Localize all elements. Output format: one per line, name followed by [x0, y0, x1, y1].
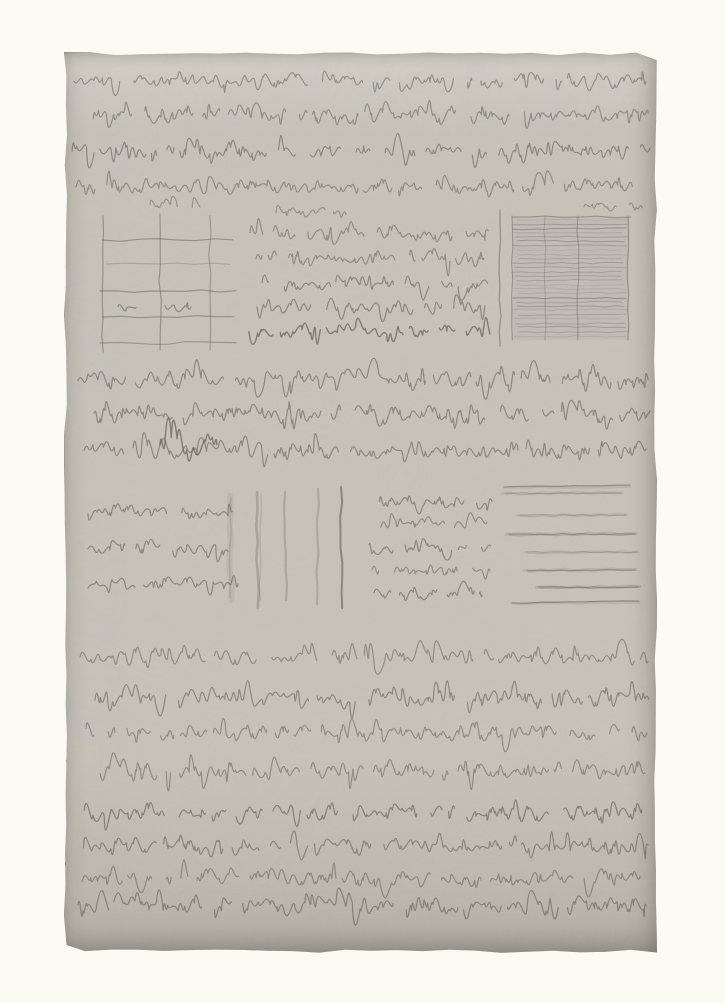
edge-specks [62, 263, 66, 864]
paper-grain [64, 52, 657, 953]
pencil-drawing [0, 0, 725, 1003]
paper-sheet [64, 52, 657, 953]
pencil-stroke [63, 263, 65, 267]
pencil-stroke [64, 757, 66, 761]
drawing-layers [62, 52, 657, 953]
pencil-stroke [63, 388, 65, 392]
pencil-stroke [62, 541, 64, 545]
scan-background [0, 0, 725, 1003]
pencil-stroke [63, 860, 65, 864]
